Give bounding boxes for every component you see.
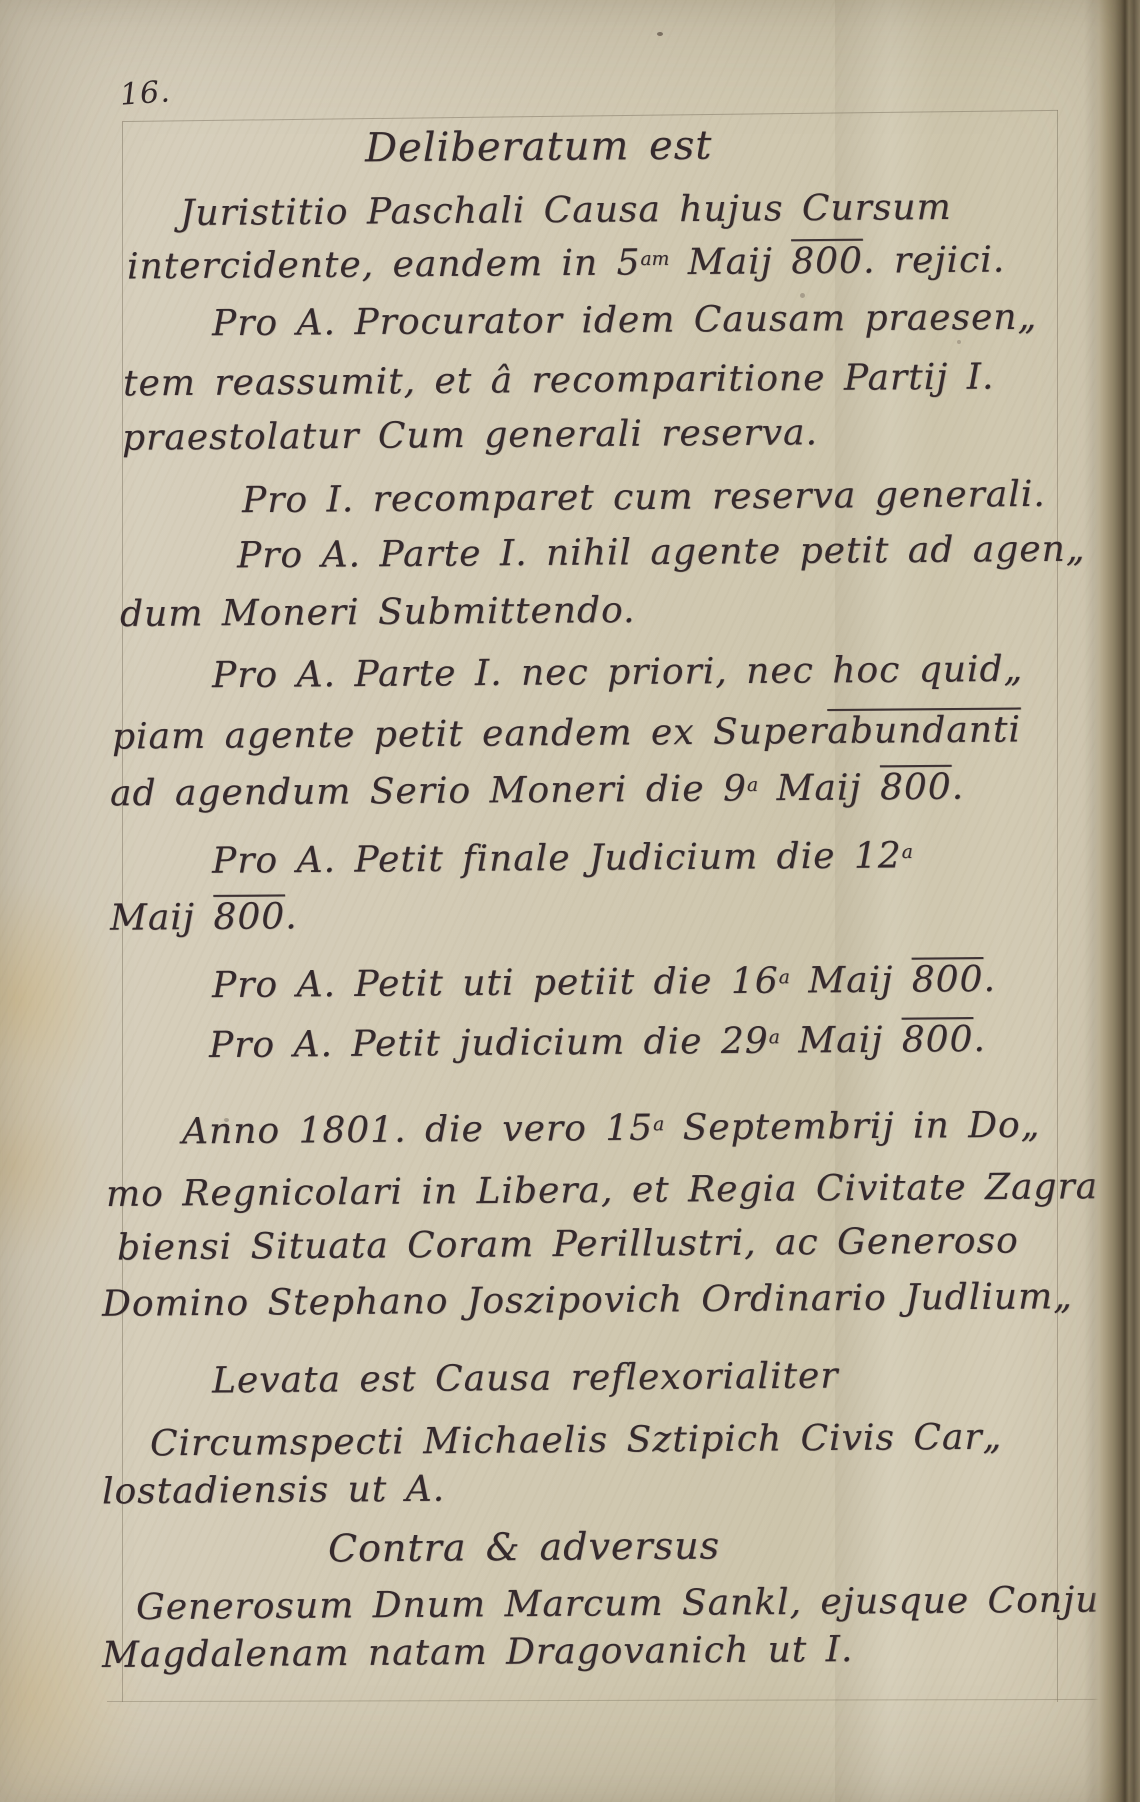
- ink-speck: [224, 1118, 229, 1122]
- ink-speck: [800, 293, 805, 298]
- ink-speck: [657, 32, 663, 36]
- manuscript-text: Deliberatum estJuristitio Paschali Causa…: [0, 0, 1140, 1802]
- manuscript-page: 16. Deliberatum estJuristitio Paschali C…: [0, 0, 1140, 1802]
- manuscript-line: tem reassumit, et â recomparitione Parti…: [123, 357, 995, 405]
- manuscript-line: Pro I. recomparet cum reserva generali.: [242, 474, 1046, 521]
- manuscript-line: Pro A. Parte I. nihil agente petit ad ag…: [237, 529, 1086, 577]
- manuscript-line: Pro A. Parte I. nec priori, nec hoc quid…: [212, 649, 1023, 696]
- manuscript-line: Levata est Causa reflexorialiter: [212, 1356, 839, 1402]
- book-fore-edge: [1084, 0, 1140, 1802]
- manuscript-line: Maij 800.: [110, 896, 298, 938]
- manuscript-line: lostadiensis ut A.: [102, 1469, 445, 1513]
- manuscript-line: ad agendum Serio Moneri die 9a Maij 800.: [110, 767, 964, 815]
- manuscript-line: Magdalenam natam Dragovanich ut I.: [102, 1629, 854, 1676]
- manuscript-line: Pro A. Petit uti petiit die 16a Maij 800…: [212, 959, 996, 1006]
- manuscript-line: Pro A. Petit finale Judicium die 12a: [212, 835, 913, 882]
- manuscript-line: Pro A. Procurator idem Causam praesen„: [212, 297, 1037, 344]
- manuscript-line: intercidente, eandem in 5am Maij 800. re…: [127, 240, 1005, 288]
- manuscript-line: Pro A. Petit judicium die 29a Maij 800.: [209, 1019, 986, 1066]
- manuscript-line: Domino Stephano Joszipovich Ordinario Ju…: [102, 1276, 1073, 1325]
- manuscript-line: piam agente petit eandem ex Superabundan…: [112, 709, 1021, 757]
- manuscript-line: biensi Situata Coram Perillustri, ac Gen…: [117, 1220, 1019, 1268]
- manuscript-line: mo Regnicolari in Libera, et Regia Civit…: [106, 1166, 1118, 1215]
- manuscript-line: Juristitio Paschali Causa hujus Cursum: [180, 187, 952, 234]
- ink-speck: [957, 340, 961, 344]
- manuscript-line: Generosum Dnum Marcum Sankl, ejusque Con…: [136, 1579, 1140, 1628]
- manuscript-line: dum Moneri Submittendo.: [120, 590, 636, 635]
- manuscript-line: Contra & adversus: [328, 1523, 720, 1570]
- manuscript-line: Circumspecti Michaelis Sztipich Civis Ca…: [150, 1417, 1003, 1465]
- manuscript-line: Deliberatum est: [365, 123, 713, 172]
- manuscript-line: Anno 1801. die vero 15a Septembrij in Do…: [182, 1105, 1041, 1153]
- manuscript-line: praestolatur Cum generali reserva.: [122, 412, 818, 458]
